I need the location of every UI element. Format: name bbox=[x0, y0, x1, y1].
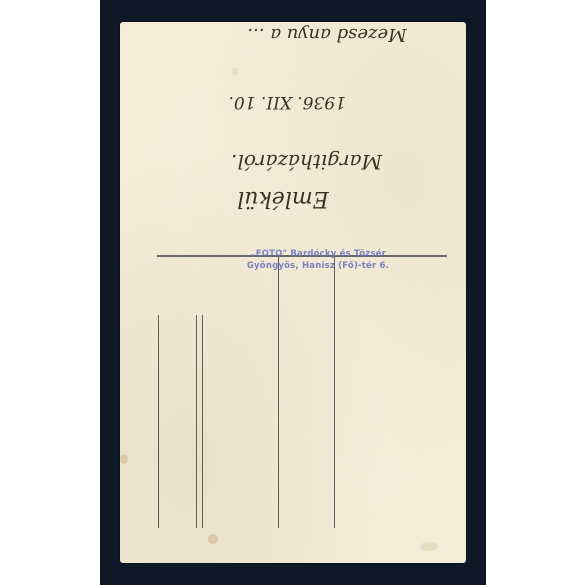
handwritten-greeting: Emlékül bbox=[228, 186, 338, 211]
postcard-back: Mezesd anyu a ... 1936. XII. 10. Margith… bbox=[120, 22, 466, 563]
photo-studio-stamp: „FOTO" Bardócky és Tözsér Gyöngyös, Hani… bbox=[218, 248, 418, 272]
vertical-rule-1 bbox=[158, 315, 159, 528]
stamp-line-2: Gyöngyös, Hanisz (Fő)-tér 6. bbox=[218, 260, 418, 272]
age-stain bbox=[232, 67, 238, 76]
vertical-rule-2 bbox=[196, 315, 197, 528]
vertical-rule-4 bbox=[278, 256, 279, 528]
handwritten-date: 1936. XII. 10. bbox=[266, 92, 346, 112]
vertical-rule-5 bbox=[334, 256, 335, 528]
stamp-line-1: „FOTO" Bardócky és Tözsér bbox=[218, 248, 418, 260]
age-stain bbox=[208, 534, 218, 544]
age-stain bbox=[120, 454, 128, 464]
handwritten-place: Margitházáról. bbox=[232, 150, 382, 174]
vertical-rule-3 bbox=[202, 315, 203, 528]
age-stain bbox=[420, 542, 438, 551]
handwritten-top-line: Mezesd anyu a ... bbox=[232, 24, 422, 45]
